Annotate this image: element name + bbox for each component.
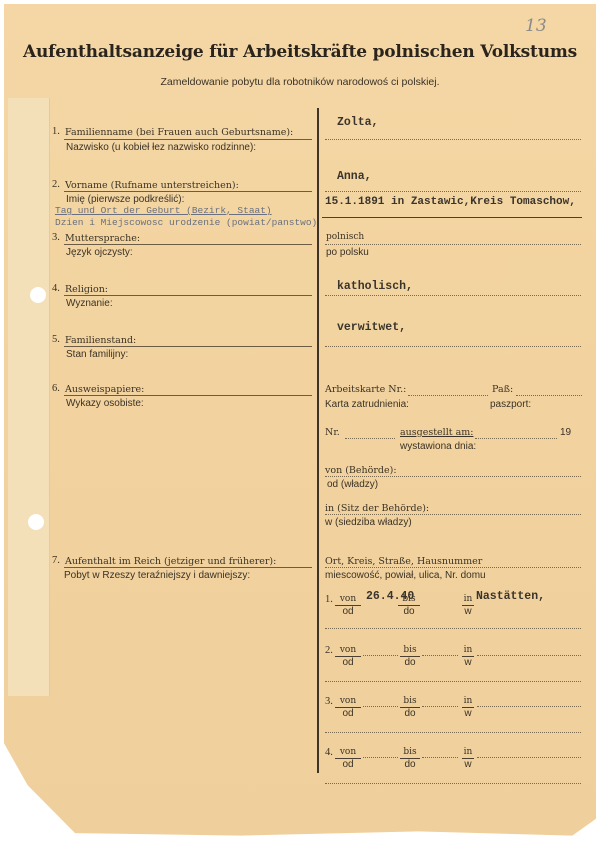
label-passport: Paß: xyxy=(492,384,513,395)
label-to: bisdo xyxy=(400,747,420,770)
row-number: 3. xyxy=(325,696,333,707)
label-to: bisdo xyxy=(400,696,420,719)
label-underline xyxy=(64,295,312,296)
page-number: 13 xyxy=(525,16,547,36)
value-marital[interactable]: verwitwet, xyxy=(337,321,406,334)
entry-line xyxy=(325,139,581,140)
label-in: inw xyxy=(462,645,474,668)
label-ausweispapiere: Ausweispapiere: xyxy=(65,384,144,395)
label-muttersprache: Muttersprache: xyxy=(65,233,140,244)
form-subtitle: Zameldowanie pobytu dla robotników narod… xyxy=(0,76,600,88)
entry-line xyxy=(325,476,581,477)
value-firstname[interactable]: Anna, xyxy=(337,170,372,183)
field-number: 7. xyxy=(52,555,60,566)
label-wladzy: od (władzy) xyxy=(327,479,378,490)
label-vorname: Vorname (Rufname unterstreichen): xyxy=(65,180,239,191)
label-underline xyxy=(64,346,312,347)
field-number: 6. xyxy=(52,383,60,394)
label-aufenthalt: Aufenthalt im Reich (jetziger und früher… xyxy=(65,556,276,567)
label-religion: Religion: xyxy=(65,284,108,295)
entry-line-from[interactable] xyxy=(363,757,398,758)
field-number: 5. xyxy=(52,334,60,345)
label-authority: von (Behörde): xyxy=(325,465,397,476)
label-work-card: Arbeitskarte Nr.: xyxy=(325,384,406,395)
value-religion[interactable]: katholisch, xyxy=(337,280,413,293)
entry-line xyxy=(325,732,581,733)
label-in: inw xyxy=(462,594,474,617)
entry-line xyxy=(345,438,395,439)
label-to: bisdo xyxy=(398,594,420,617)
label-underline xyxy=(64,244,312,245)
punch-hole xyxy=(28,514,44,530)
entry-line xyxy=(325,514,581,515)
label-underline xyxy=(64,139,312,140)
label-in: inw xyxy=(462,696,474,719)
row-number: 4. xyxy=(325,747,333,758)
label-wyznanie: Wyznanie: xyxy=(66,298,113,309)
punch-hole xyxy=(30,287,46,303)
value-language-de: polnisch xyxy=(326,232,364,242)
entry-line xyxy=(325,567,581,568)
value-birth[interactable]: 15.1.1891 in Zastawic,Kreis Tomaschow, xyxy=(325,196,576,208)
entry-line xyxy=(475,438,557,439)
label-address-de: Ort, Kreis, Straße, Hausnummer xyxy=(325,556,482,567)
label-from: vonod xyxy=(335,696,361,719)
entry-line-place[interactable] xyxy=(477,706,581,707)
row-number: 2. xyxy=(325,645,333,656)
entry-line xyxy=(325,295,581,296)
label-wystawiona: wystawiona dnia: xyxy=(400,441,476,452)
label-underline xyxy=(64,395,312,396)
label-to: bisdo xyxy=(400,645,420,668)
entry-line xyxy=(325,783,581,784)
label-underline xyxy=(64,191,312,192)
field-number: 3. xyxy=(52,232,60,243)
entry-line xyxy=(325,628,581,629)
entry-line-place[interactable] xyxy=(477,655,581,656)
entry-line xyxy=(322,217,582,218)
label-stan: Stan familijny: xyxy=(66,349,128,360)
row-number: 1. xyxy=(325,594,333,605)
entry-line-from[interactable] xyxy=(363,655,398,656)
label-from: vonod xyxy=(335,747,361,770)
label-underline xyxy=(64,567,312,568)
entry-line xyxy=(325,346,581,347)
value-surname[interactable]: Zolta, xyxy=(337,116,378,129)
entry-line xyxy=(325,681,581,682)
label-nr: Nr. xyxy=(325,427,340,438)
binding-strip xyxy=(8,98,50,696)
entry-line-from[interactable] xyxy=(363,706,398,707)
label-wykazy: Wykazy osobiste: xyxy=(66,398,144,409)
label-familienstand: Familienstand: xyxy=(65,335,136,346)
label-seat: in (Sitz der Behörde): xyxy=(325,503,429,514)
entry-line-place[interactable] xyxy=(477,757,581,758)
label-in: inw xyxy=(462,747,474,770)
entry-line xyxy=(516,395,582,396)
entry-line-to[interactable] xyxy=(422,655,458,656)
value-place[interactable]: Nastätten, xyxy=(476,590,545,603)
label-from: vonod xyxy=(335,594,361,617)
field-number: 4. xyxy=(52,283,60,294)
entry-line xyxy=(325,244,581,245)
entry-line-to[interactable] xyxy=(422,706,458,707)
column-divider xyxy=(317,108,319,773)
label-address-pl: miescowość, powiał, ulica, Nr. domu xyxy=(325,570,486,581)
label-from: vonod xyxy=(335,645,361,668)
field-number: 1. xyxy=(52,126,60,137)
label-birth-pl: Dzien i Miejscowosc urodzenie (powiat/pa… xyxy=(55,217,317,228)
label-nazwisko: Nazwisko (u kobieł łez nazwisko rodzinne… xyxy=(66,142,256,153)
entry-line xyxy=(408,395,488,396)
field-number: 2. xyxy=(52,179,60,190)
label-pobyt: Pobyt w Rzeszy teraźniejszy i dawniejszy… xyxy=(64,570,250,581)
label-year: 19 xyxy=(560,427,571,438)
entry-line-to[interactable] xyxy=(422,757,458,758)
label-imie: Imię (pierwsze podkreślić): xyxy=(66,194,184,205)
form-title: Aufenthaltsanzeige für Arbeitskräfte pol… xyxy=(0,42,600,62)
label-jezyk: Język ojczysty: xyxy=(66,247,133,258)
label-karta: Karta zatrudnienia: xyxy=(325,399,409,410)
label-paszport: paszport: xyxy=(490,399,531,410)
entry-line xyxy=(325,191,581,192)
label-birth-de: Tag und Ort der Geburt (Bezirk, Staat) xyxy=(55,205,272,216)
label-siedziba: w (siedziba władzy) xyxy=(325,517,412,528)
label-familienname: Familienname (bei Frauen auch Geburtsnam… xyxy=(65,127,293,138)
value-language-pl: po polsku xyxy=(326,247,369,258)
label-issued: ausgestellt am: xyxy=(400,427,473,438)
